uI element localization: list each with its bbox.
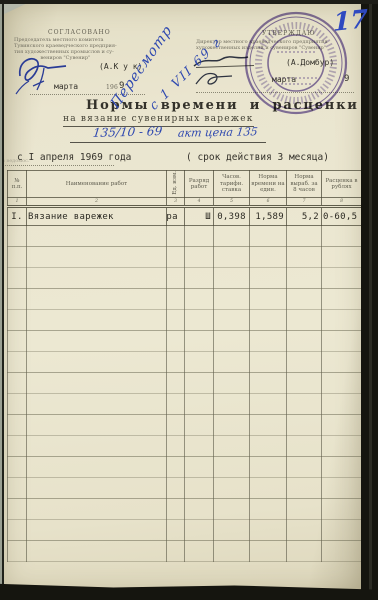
empty-cell <box>167 499 185 520</box>
empty-cell <box>27 541 167 562</box>
empty-cell <box>8 415 27 436</box>
empty-cell <box>27 478 167 499</box>
empty-cell <box>214 415 250 436</box>
empty-cell <box>250 394 287 415</box>
empty-row <box>8 415 362 436</box>
empty-cell <box>287 457 322 478</box>
empty-cell <box>287 247 322 268</box>
right-date-rule <box>196 92 354 93</box>
empty-cell <box>185 478 214 499</box>
empty-cell <box>8 478 27 499</box>
empty-cell <box>322 394 362 415</box>
col-num: 3 <box>167 198 185 207</box>
empty-cell <box>27 436 167 457</box>
empty-row <box>8 268 362 289</box>
empty-cell <box>287 478 322 499</box>
empty-cell <box>250 331 287 352</box>
empty-cell <box>322 436 362 457</box>
empty-cell <box>8 436 27 457</box>
empty-cell <box>167 352 185 373</box>
empty-cell <box>167 478 185 499</box>
cell-grade: Ш <box>185 207 214 226</box>
empty-cell <box>27 310 167 331</box>
col-header-work: Наименование работ <box>27 171 167 198</box>
empty-cell <box>8 331 27 352</box>
empty-cell <box>214 310 250 331</box>
empty-cell <box>27 457 167 478</box>
empty-cell <box>322 520 362 541</box>
col-header-unit-label: Ед. изм. <box>172 171 179 195</box>
empty-cell <box>287 520 322 541</box>
empty-cell <box>8 289 27 310</box>
ref-underline <box>70 142 266 143</box>
empty-cell <box>214 352 250 373</box>
empty-cell <box>287 394 322 415</box>
col-header-rate: Часов. тарифн. ставка <box>214 171 250 198</box>
empty-cell <box>185 373 214 394</box>
empty-cell <box>322 478 362 499</box>
empty-cell <box>167 310 185 331</box>
cell-output-norm: 5,2 <box>287 207 322 226</box>
empty-cell <box>322 373 362 394</box>
empty-cell <box>8 226 27 247</box>
empty-cell <box>322 247 362 268</box>
empty-cell <box>185 268 214 289</box>
empty-cell <box>8 457 27 478</box>
empty-cell <box>322 310 362 331</box>
col-header-price: Расценка в рублях <box>322 171 362 198</box>
empty-row <box>8 352 362 373</box>
empty-row <box>8 331 362 352</box>
empty-cell <box>322 331 362 352</box>
empty-cell <box>8 394 27 415</box>
empty-cell <box>214 373 250 394</box>
scan-right-edge <box>361 0 378 600</box>
empty-cell <box>322 541 362 562</box>
empty-cell <box>250 415 287 436</box>
cell-unit: пара <box>167 207 185 226</box>
empty-cell <box>167 520 185 541</box>
empty-cell <box>185 457 214 478</box>
empty-cell <box>287 331 322 352</box>
empty-cell <box>287 541 322 562</box>
empty-cell <box>27 268 167 289</box>
empty-cell <box>250 310 287 331</box>
empty-cell <box>185 352 214 373</box>
cell-work-name: Вязание варежек <box>27 207 167 226</box>
empty-cell <box>167 436 185 457</box>
col-header-unit: Ед. изм. <box>167 171 185 198</box>
empty-cell <box>214 268 250 289</box>
empty-cell <box>185 520 214 541</box>
empty-cell <box>250 289 287 310</box>
empty-cell <box>167 415 185 436</box>
empty-cell <box>214 247 250 268</box>
cell-rate: 0,398 <box>214 207 250 226</box>
empty-cell <box>8 373 27 394</box>
empty-row <box>8 373 362 394</box>
empty-cell <box>214 478 250 499</box>
empty-cell <box>27 331 167 352</box>
right-approval-heading: УТВЕРЖДАЮ <box>262 30 316 37</box>
col-header-grade: Разряд работ <box>185 171 214 198</box>
empty-row <box>8 457 362 478</box>
empty-cell <box>27 373 167 394</box>
empty-cell <box>287 373 322 394</box>
empty-cell <box>214 499 250 520</box>
right-date-month: марта <box>272 75 296 84</box>
empty-cell <box>167 394 185 415</box>
empty-cell <box>214 331 250 352</box>
empty-cell <box>214 520 250 541</box>
empty-cell <box>250 499 287 520</box>
empty-cell <box>167 268 185 289</box>
empty-cell <box>287 415 322 436</box>
table-row: I. Вязание варежек пара Ш 0,398 1,589 5,… <box>8 207 362 226</box>
scan-top-edge <box>0 0 378 4</box>
empty-row <box>8 226 362 247</box>
empty-cell <box>250 247 287 268</box>
empty-cell <box>322 268 362 289</box>
empty-cell <box>214 541 250 562</box>
handwritten-ref-price: акт цена 135 <box>177 125 258 139</box>
empty-cell <box>287 268 322 289</box>
empty-cell <box>27 394 167 415</box>
empty-cell <box>167 457 185 478</box>
empty-cell <box>27 247 167 268</box>
empty-cell <box>27 289 167 310</box>
empty-row <box>8 289 362 310</box>
empty-cell <box>8 520 27 541</box>
cell-row-number: I. <box>8 207 27 226</box>
empty-cell <box>287 352 322 373</box>
empty-cell <box>322 289 362 310</box>
empty-cell <box>185 331 214 352</box>
empty-cell <box>167 373 185 394</box>
empty-cell <box>185 436 214 457</box>
column-number-row: 1 2 3 4 5 6 7 8 <box>8 198 362 207</box>
col-num: 6 <box>250 198 287 207</box>
empty-cell <box>167 331 185 352</box>
empty-cell <box>167 289 185 310</box>
empty-cell <box>8 352 27 373</box>
empty-cell <box>250 268 287 289</box>
empty-cell <box>322 352 362 373</box>
empty-cell <box>8 310 27 331</box>
empty-cell <box>250 541 287 562</box>
empty-cell <box>185 394 214 415</box>
empty-cell <box>27 520 167 541</box>
col-num: 5 <box>214 198 250 207</box>
empty-cell <box>214 457 250 478</box>
empty-cell <box>167 226 185 247</box>
page-number: 17 <box>333 4 368 37</box>
empty-cell <box>214 394 250 415</box>
effective-date: с I апреля 1969 года <box>17 152 131 163</box>
empty-cell <box>322 499 362 520</box>
empty-row <box>8 310 362 331</box>
scanned-document: 17 СОГЛАСОВАНО Председатель местного ком… <box>0 0 378 600</box>
empty-cell <box>185 415 214 436</box>
empty-cell <box>250 478 287 499</box>
empty-row <box>8 499 362 520</box>
empty-cell <box>27 226 167 247</box>
col-header-time-norm: Норма времени на един. <box>250 171 287 198</box>
col-num: 2 <box>27 198 167 207</box>
empty-cell <box>185 310 214 331</box>
empty-cell <box>185 247 214 268</box>
col-num: 7 <box>287 198 322 207</box>
empty-row <box>8 541 362 562</box>
empty-cell <box>287 310 322 331</box>
empty-row <box>8 478 362 499</box>
empty-cell <box>214 289 250 310</box>
empty-cell <box>167 541 185 562</box>
empty-cell <box>167 247 185 268</box>
scan-left-edge <box>0 0 4 600</box>
cell-unit-text: пара <box>167 212 184 222</box>
empty-cell <box>287 499 322 520</box>
validity-period: ( срок действия 3 месяца) <box>186 152 329 163</box>
empty-row <box>8 436 362 457</box>
empty-cell <box>185 289 214 310</box>
empty-cell <box>8 499 27 520</box>
empty-cell <box>287 436 322 457</box>
col-header-num: № п.п. <box>8 171 27 198</box>
empty-row <box>8 520 362 541</box>
empty-cell <box>250 352 287 373</box>
empty-cell <box>214 436 250 457</box>
col-num: 1 <box>8 198 27 207</box>
empty-cell <box>8 247 27 268</box>
empty-row <box>8 247 362 268</box>
empty-row <box>8 394 362 415</box>
empty-cell <box>27 352 167 373</box>
empty-cell <box>287 289 322 310</box>
empty-cell <box>322 457 362 478</box>
empty-cell <box>322 226 362 247</box>
cell-price: 0-60,5 <box>322 207 362 226</box>
empty-cell <box>250 520 287 541</box>
empty-cell <box>185 226 214 247</box>
handwritten-ref-number: 135/10 - 69 <box>92 124 163 140</box>
header-row: № п.п. Наименование работ Ед. изм. Разря… <box>8 171 362 198</box>
empty-cell <box>214 226 250 247</box>
cell-time-norm: 1,589 <box>250 207 287 226</box>
empty-cell <box>27 415 167 436</box>
empty-cell <box>8 541 27 562</box>
empty-cell <box>322 415 362 436</box>
col-num: 4 <box>185 198 214 207</box>
date-rule <box>2 165 114 166</box>
empty-cell <box>185 499 214 520</box>
right-date-value: 9 <box>344 74 349 84</box>
empty-cell <box>185 541 214 562</box>
empty-cell <box>250 457 287 478</box>
col-num: 8 <box>322 198 362 207</box>
empty-cell <box>287 226 322 247</box>
norms-table: № п.п. Наименование работ Ед. изм. Разря… <box>7 170 362 562</box>
left-signature-ink <box>14 50 106 96</box>
right-approver-name: (А.Домбур) <box>286 58 334 67</box>
col-header-output-norm: Норма выраб. за 8 часов <box>287 171 322 198</box>
empty-cell <box>27 499 167 520</box>
empty-cell <box>8 268 27 289</box>
empty-cell <box>250 436 287 457</box>
left-approval-heading: СОГЛАСОВАНО <box>48 29 111 36</box>
empty-cell <box>250 226 287 247</box>
empty-cell <box>250 373 287 394</box>
